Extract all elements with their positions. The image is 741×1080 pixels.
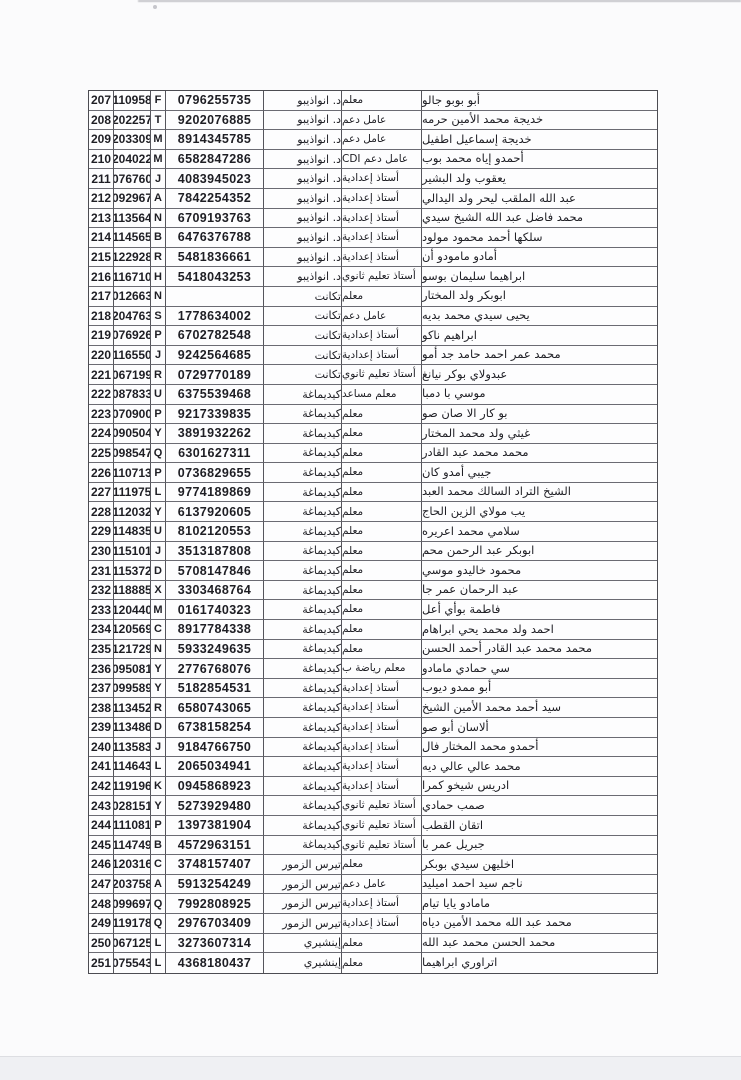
table-row: 232 118885 X 3303468764 كيديماغة معلم عب… <box>89 581 657 601</box>
table-row: 238 113452 R 6580743065 كيديماغة أستاذ إ… <box>89 698 657 718</box>
cell-serial-number: 237 <box>89 679 114 699</box>
cell-full-name: موسي با دمبا <box>422 385 657 405</box>
cell-phone-number: 9242564685 <box>166 346 264 366</box>
cell-phone-number: 4572963151 <box>166 836 264 856</box>
cell-letter-code: M <box>151 600 166 620</box>
cell-role: أستاذ إعدادية <box>342 679 422 699</box>
cell-role: أستاذ إعدادية <box>342 914 422 934</box>
cell-full-name: أبو بوبو جالو <box>422 91 657 111</box>
cell-letter-code: X <box>151 581 166 601</box>
cell-region: كيديماغة <box>264 444 342 464</box>
cell-role: أستاذ تعليم ثانوي <box>342 816 422 836</box>
cell-phone-number: 7842254352 <box>166 189 264 209</box>
cell-phone-number: 6709193763 <box>166 209 264 229</box>
cell-full-name: ابوبكر ولد المختار <box>422 287 657 307</box>
table-row: 211 076760 J 4083945023 د. انواذيبو أستا… <box>89 169 657 189</box>
cell-employee-id: 120569 <box>114 620 151 640</box>
cell-letter-code: P <box>151 405 166 425</box>
cell-serial-number: 249 <box>89 914 114 934</box>
cell-role: أستاذ تعليم ثانوي <box>342 267 422 287</box>
scan-speck-artifact <box>153 5 157 9</box>
cell-serial-number: 246 <box>89 855 114 875</box>
cell-letter-code: N <box>151 287 166 307</box>
cell-phone-number: 5913254249 <box>166 875 264 895</box>
cell-phone-number: 9217339835 <box>166 405 264 425</box>
cell-phone-number: 5418043253 <box>166 267 264 287</box>
cell-employee-id: 114643 <box>114 757 151 777</box>
cell-phone-number: 8102120553 <box>166 522 264 542</box>
table-row: 212 092967 A 7842254352 د. انواذيبو أستا… <box>89 189 657 209</box>
cell-role: أستاذ تعليم ثانوي <box>342 796 422 816</box>
cell-letter-code: J <box>151 738 166 758</box>
cell-role: أستاذ إعدادية <box>342 228 422 248</box>
cell-phone-number: 0729770189 <box>166 365 264 385</box>
cell-full-name: اخليهن سيدي بوبكر <box>422 855 657 875</box>
cell-letter-code: Y <box>151 502 166 522</box>
cell-serial-number: 244 <box>89 816 114 836</box>
table-row: 222 087833 U 6375539468 كيديماغة معلم مس… <box>89 385 657 405</box>
cell-phone-number: 8914345785 <box>166 130 264 150</box>
cell-letter-code: L <box>151 934 166 954</box>
cell-role: معلم <box>342 424 422 444</box>
cell-letter-code: K <box>151 777 166 797</box>
cell-region: كيديماغة <box>264 659 342 679</box>
cell-serial-number: 224 <box>89 424 114 444</box>
cell-role: معلم <box>342 542 422 562</box>
cell-role: أستاذ إعدادية <box>342 698 422 718</box>
cell-serial-number: 232 <box>89 581 114 601</box>
cell-letter-code: U <box>151 385 166 405</box>
cell-region: تكانت <box>264 326 342 346</box>
cell-letter-code: B <box>151 836 166 856</box>
cell-serial-number: 235 <box>89 640 114 660</box>
table-row: 226 110713 P 0736829655 كيديماغة معلم جي… <box>89 463 657 483</box>
cell-role: معلم <box>342 620 422 640</box>
cell-region: د. انواذيبو <box>264 111 342 131</box>
cell-serial-number: 231 <box>89 561 114 581</box>
cell-role: معلم <box>342 640 422 660</box>
cell-full-name: يعقوب ولد البشير <box>422 169 657 189</box>
cell-phone-number <box>166 287 264 307</box>
cell-letter-code: H <box>151 267 166 287</box>
cell-full-name: اتقان القطب <box>422 816 657 836</box>
cell-letter-code: L <box>151 483 166 503</box>
cell-full-name: فاطمة بوأي أعل <box>422 600 657 620</box>
cell-region: كيديماغة <box>264 463 342 483</box>
cell-role: أستاذ إعدادية <box>342 894 422 914</box>
cell-role: أستاذ إعدادية <box>342 169 422 189</box>
cell-phone-number: 2976703409 <box>166 914 264 934</box>
cell-letter-code: N <box>151 209 166 229</box>
cell-role: معلم <box>342 91 422 111</box>
cell-letter-code: N <box>151 640 166 660</box>
cell-employee-id: 116550 <box>114 346 151 366</box>
cell-role: أستاذ تعليم ثانوي <box>342 365 422 385</box>
cell-full-name: محمد عبد الله محمد الأمين دياه <box>422 914 657 934</box>
cell-full-name: سلكها أحمد محمود مولود <box>422 228 657 248</box>
cell-employee-id: 120440 <box>114 600 151 620</box>
table-row: 236 095081 Y 2776768076 كيديماغة معلم ري… <box>89 659 657 679</box>
cell-serial-number: 229 <box>89 522 114 542</box>
cell-employee-id: 204022 <box>114 150 151 170</box>
table-row: 248 099697 Q 7992808925 تيرس الزمور أستا… <box>89 894 657 914</box>
table-row: 213 113564 N 6709193763 د. انواذيبو أستا… <box>89 209 657 229</box>
cell-employee-id: 203758 <box>114 875 151 895</box>
cell-serial-number: 228 <box>89 502 114 522</box>
table-row: 217 012663 N تكانت معلم ابوبكر ولد المخت… <box>89 287 657 307</box>
cell-employee-id: 075543 <box>114 953 151 973</box>
cell-phone-number: 3273607314 <box>166 934 264 954</box>
cell-region: كيديماغة <box>264 796 342 816</box>
cell-serial-number: 238 <box>89 698 114 718</box>
cell-role: معلم <box>342 502 422 522</box>
cell-phone-number: 5273929480 <box>166 796 264 816</box>
cell-employee-id: 095081 <box>114 659 151 679</box>
table-row: 230 115101 J 3513187808 كيديماغة معلم اب… <box>89 542 657 562</box>
cell-serial-number: 247 <box>89 875 114 895</box>
cell-role: معلم <box>342 855 422 875</box>
cell-serial-number: 225 <box>89 444 114 464</box>
table-row: 244 111081 P 1397381904 كيديماغة أستاذ ت… <box>89 816 657 836</box>
cell-employee-id: 111975 <box>114 483 151 503</box>
cell-letter-code: R <box>151 365 166 385</box>
cell-region: د. انواذيبو <box>264 91 342 111</box>
cell-letter-code: J <box>151 346 166 366</box>
table-row: 224 090504 Y 3891932262 كيديماغة معلم غي… <box>89 424 657 444</box>
cell-region: كيديماغة <box>264 679 342 699</box>
cell-role: أستاذ إعدادية <box>342 209 422 229</box>
cell-phone-number: 3748157407 <box>166 855 264 875</box>
cell-full-name: أحمدو محمد المختار فال <box>422 738 657 758</box>
cell-region: كيديماغة <box>264 836 342 856</box>
table-row: 250 067125 L 3273607314 إينشيري معلم محم… <box>89 934 657 954</box>
cell-phone-number: 0736829655 <box>166 463 264 483</box>
table-row: 235 121729 N 5933249635 كيديماغة معلم مح… <box>89 640 657 660</box>
cell-serial-number: 219 <box>89 326 114 346</box>
cell-full-name: ابراهيما سليمان بوسو <box>422 267 657 287</box>
cell-letter-code: Y <box>151 796 166 816</box>
cell-region: تيرس الزمور <box>264 855 342 875</box>
cell-serial-number: 215 <box>89 248 114 268</box>
cell-employee-id: 114835 <box>114 522 151 542</box>
cell-role: معلم <box>342 600 422 620</box>
cell-region: كيديماغة <box>264 385 342 405</box>
cell-role: عامل دعم <box>342 307 422 327</box>
table-row: 249 119178 Q 2976703409 تيرس الزمور أستا… <box>89 914 657 934</box>
table-row: 221 067199 R 0729770189 تكانت أستاذ تعلي… <box>89 365 657 385</box>
cell-phone-number: 6702782548 <box>166 326 264 346</box>
cell-full-name: أمادو مامودو أن <box>422 248 657 268</box>
cell-serial-number: 213 <box>89 209 114 229</box>
cell-employee-id: 119196 <box>114 777 151 797</box>
cell-full-name: سي حمادي مامادو <box>422 659 657 679</box>
table-row: 218 204763 S 1778634002 تكانت عامل دعم ي… <box>89 307 657 327</box>
cell-role: أستاذ إعدادية <box>342 738 422 758</box>
cell-full-name: أبو ممدو ديوب <box>422 679 657 699</box>
cell-full-name: جبريل عمر با <box>422 836 657 856</box>
table-row: 229 114835 U 8102120553 كيديماغة معلم سل… <box>89 522 657 542</box>
table-row: 245 114749 B 4572963151 كيديماغة أستاذ ت… <box>89 836 657 856</box>
cell-letter-code: Q <box>151 914 166 934</box>
cell-phone-number: 9184766750 <box>166 738 264 758</box>
cell-region: كيديماغة <box>264 483 342 503</box>
cell-full-name: عبد الله الملقب ليحر ولد اليدالي <box>422 189 657 209</box>
cell-region: د. انواذيبو <box>264 267 342 287</box>
cell-region: كيديماغة <box>264 816 342 836</box>
cell-phone-number: 5182854531 <box>166 679 264 699</box>
cell-role: أستاذ إعدادية <box>342 777 422 797</box>
cell-employee-id: 087833 <box>114 385 151 405</box>
cell-full-name: محمد الحسن محمد عبد الله <box>422 934 657 954</box>
cell-full-name: ناجم سيد احمد اميليد <box>422 875 657 895</box>
cell-region: كيديماغة <box>264 522 342 542</box>
cell-letter-code: Q <box>151 894 166 914</box>
cell-phone-number: 6301627311 <box>166 444 264 464</box>
staff-roster-table: 207 110958 F 0796255735 د. انواذيبو معلم… <box>88 90 658 974</box>
cell-role: أستاذ تعليم ثانوي <box>342 836 422 856</box>
cell-serial-number: 216 <box>89 267 114 287</box>
table-row: 207 110958 F 0796255735 د. انواذيبو معلم… <box>89 91 657 111</box>
cell-letter-code: A <box>151 189 166 209</box>
cell-employee-id: 114565 <box>114 228 151 248</box>
table-row: 247 203758 A 5913254249 تيرس الزمور عامل… <box>89 875 657 895</box>
cell-full-name: عبدولاي بوكر نيانغ <box>422 365 657 385</box>
cell-letter-code: P <box>151 326 166 346</box>
table-row: 246 120316 C 3748157407 تيرس الزمور معلم… <box>89 855 657 875</box>
cell-letter-code: L <box>151 953 166 973</box>
cell-role: معلم <box>342 463 422 483</box>
cell-employee-id: 028151 <box>114 796 151 816</box>
cell-phone-number: 6582847286 <box>166 150 264 170</box>
cell-region: إينشيري <box>264 953 342 973</box>
cell-phone-number: 1778634002 <box>166 307 264 327</box>
table-row: 220 116550 J 9242564685 تكانت أستاذ إعدا… <box>89 346 657 366</box>
cell-role: معلم رياضة ب <box>342 659 422 679</box>
cell-employee-id: 113452 <box>114 698 151 718</box>
cell-full-name: سلامي محمد اعريره <box>422 522 657 542</box>
cell-region: كيديماغة <box>264 502 342 522</box>
cell-region: د. انواذيبو <box>264 150 342 170</box>
cell-serial-number: 240 <box>89 738 114 758</box>
table-row: 242 119196 K 0945868923 كيديماغة أستاذ إ… <box>89 777 657 797</box>
cell-phone-number: 1397381904 <box>166 816 264 836</box>
cell-letter-code: J <box>151 542 166 562</box>
cell-region: تيرس الزمور <box>264 894 342 914</box>
table-row: 216 116710 H 5418043253 د. انواذيبو أستا… <box>89 267 657 287</box>
cell-phone-number: 0796255735 <box>166 91 264 111</box>
table-row: 208 202257 T 9202076885 د. انواذيبو عامل… <box>89 111 657 131</box>
table-row: 234 120569 C 8917784338 كيديماغة معلم اح… <box>89 620 657 640</box>
cell-letter-code: Y <box>151 679 166 699</box>
cell-role: أستاذ إعدادية <box>342 189 422 209</box>
cell-employee-id: 121729 <box>114 640 151 660</box>
cell-serial-number: 210 <box>89 150 114 170</box>
table-row: 231 115372 D 5708147846 كيديماغة معلم مح… <box>89 561 657 581</box>
table-row: 239 113486 D 6738158254 كيديماغة أستاذ إ… <box>89 718 657 738</box>
cell-employee-id: 099697 <box>114 894 151 914</box>
cell-region: كيديماغة <box>264 405 342 425</box>
cell-full-name: خديجة محمد الأمين حرمه <box>422 111 657 131</box>
cell-phone-number: 9774189869 <box>166 483 264 503</box>
cell-full-name: محمد عمر احمد حامد جد أمو <box>422 346 657 366</box>
cell-employee-id: 111081 <box>114 816 151 836</box>
cell-region: تكانت <box>264 346 342 366</box>
cell-role: معلم <box>342 522 422 542</box>
cell-region: كيديماغة <box>264 581 342 601</box>
cell-phone-number: 0161740323 <box>166 600 264 620</box>
cell-region: إينشيري <box>264 934 342 954</box>
cell-serial-number: 218 <box>89 307 114 327</box>
table-row: 225 098547 Q 6301627311 كيديماغة معلم مح… <box>89 444 657 464</box>
cell-employee-id: 116710 <box>114 267 151 287</box>
cell-phone-number: 3891932262 <box>166 424 264 444</box>
cell-role: عامل دعم <box>342 111 422 131</box>
cell-full-name: يحيى سيدي محمد بديه <box>422 307 657 327</box>
cell-full-name: محمد عالي عالي ديه <box>422 757 657 777</box>
cell-region: كيديماغة <box>264 640 342 660</box>
cell-letter-code: L <box>151 757 166 777</box>
cell-role: أستاذ إعدادية <box>342 757 422 777</box>
cell-role: أستاذ إعدادية <box>342 346 422 366</box>
cell-letter-code: Y <box>151 659 166 679</box>
cell-letter-code: S <box>151 307 166 327</box>
cell-employee-id: 067125 <box>114 934 151 954</box>
cell-serial-number: 245 <box>89 836 114 856</box>
cell-full-name: غيثي ولد محمد المختار <box>422 424 657 444</box>
cell-serial-number: 234 <box>89 620 114 640</box>
cell-phone-number: 3513187808 <box>166 542 264 562</box>
cell-full-name: ادريس شيخو كمرا <box>422 777 657 797</box>
table-row: 219 076926 P 6702782548 تكانت أستاذ إعدا… <box>89 326 657 346</box>
cell-letter-code: A <box>151 875 166 895</box>
cell-serial-number: 226 <box>89 463 114 483</box>
cell-role: معلم <box>342 444 422 464</box>
cell-role: معلم <box>342 483 422 503</box>
cell-employee-id: 067199 <box>114 365 151 385</box>
cell-full-name: صمب حمادي <box>422 796 657 816</box>
cell-employee-id: 113564 <box>114 209 151 229</box>
cell-letter-code: R <box>151 698 166 718</box>
cell-role: معلم <box>342 561 422 581</box>
cell-serial-number: 241 <box>89 757 114 777</box>
cell-full-name: سيد أحمد محمد الأمين الشيخ <box>422 698 657 718</box>
cell-letter-code: P <box>151 463 166 483</box>
cell-letter-code: R <box>151 248 166 268</box>
table-row: 210 204022 M 6582847286 د. انواذيبو عامل… <box>89 150 657 170</box>
cell-employee-id: 204763 <box>114 307 151 327</box>
cell-letter-code: B <box>151 228 166 248</box>
cell-serial-number: 236 <box>89 659 114 679</box>
cell-phone-number: 6476376788 <box>166 228 264 248</box>
cell-full-name: محمد محمد عبد القادر أحمد الحسن <box>422 640 657 660</box>
cell-role: عامل دعم <box>342 875 422 895</box>
cell-serial-number: 211 <box>89 169 114 189</box>
cell-serial-number: 212 <box>89 189 114 209</box>
cell-serial-number: 250 <box>89 934 114 954</box>
cell-role: عامل دعم <box>342 130 422 150</box>
cell-role: معلم <box>342 934 422 954</box>
cell-employee-id: 203309 <box>114 130 151 150</box>
cell-serial-number: 227 <box>89 483 114 503</box>
cell-region: كيديماغة <box>264 600 342 620</box>
table-row: 228 112032 Y 6137920605 كيديماغة معلم يب… <box>89 502 657 522</box>
cell-employee-id: 076926 <box>114 326 151 346</box>
cell-region: د. انواذيبو <box>264 248 342 268</box>
cell-region: كيديماغة <box>264 738 342 758</box>
cell-employee-id: 113486 <box>114 718 151 738</box>
cell-employee-id: 115372 <box>114 561 151 581</box>
cell-region: كيديماغة <box>264 718 342 738</box>
cell-serial-number: 242 <box>89 777 114 797</box>
cell-letter-code: Q <box>151 444 166 464</box>
cell-serial-number: 208 <box>89 111 114 131</box>
cell-phone-number: 0945868923 <box>166 777 264 797</box>
cell-region: كيديماغة <box>264 698 342 718</box>
cell-letter-code: P <box>151 816 166 836</box>
table-row: 251 075543 L 4368180437 إينشيري معلم اتر… <box>89 953 657 973</box>
cell-letter-code: F <box>151 91 166 111</box>
cell-serial-number: 239 <box>89 718 114 738</box>
cell-letter-code: C <box>151 620 166 640</box>
table-row: 227 111975 L 9774189869 كيديماغة معلم ال… <box>89 483 657 503</box>
cell-letter-code: J <box>151 169 166 189</box>
cell-role: معلم <box>342 405 422 425</box>
cell-phone-number: 6375539468 <box>166 385 264 405</box>
cell-employee-id: 122928 <box>114 248 151 268</box>
cell-region: د. انواذيبو <box>264 228 342 248</box>
cell-region: تيرس الزمور <box>264 914 342 934</box>
cell-full-name: احمد ولد محمد يحي ابراهام <box>422 620 657 640</box>
cell-region: كيديماغة <box>264 561 342 581</box>
cell-serial-number: 223 <box>89 405 114 425</box>
cell-employee-id: 098547 <box>114 444 151 464</box>
cell-employee-id: 110713 <box>114 463 151 483</box>
cell-employee-id: 115101 <box>114 542 151 562</box>
cell-phone-number: 4368180437 <box>166 953 264 973</box>
table-row: 233 120440 M 0161740323 كيديماغة معلم فا… <box>89 600 657 620</box>
cell-employee-id: 090504 <box>114 424 151 444</box>
cell-role: معلم <box>342 581 422 601</box>
cell-letter-code: C <box>151 855 166 875</box>
cell-employee-id: 112032 <box>114 502 151 522</box>
cell-region: كيديماغة <box>264 757 342 777</box>
cell-region: د. انواذيبو <box>264 169 342 189</box>
cell-serial-number: 221 <box>89 365 114 385</box>
cell-employee-id: 113583 <box>114 738 151 758</box>
scan-bottom-edge <box>0 1056 741 1080</box>
cell-phone-number: 3303468764 <box>166 581 264 601</box>
table-row: 209 203309 M 8914345785 د. انواذيبو عامل… <box>89 130 657 150</box>
table-row: 240 113583 J 9184766750 كيديماغة أستاذ إ… <box>89 738 657 758</box>
cell-full-name: محمد محمد عبد القادر <box>422 444 657 464</box>
cell-role: معلم مساعد <box>342 385 422 405</box>
table-row: 241 114643 L 2065034941 كيديماغة أستاذ إ… <box>89 757 657 777</box>
cell-role: أستاذ إعدادية <box>342 326 422 346</box>
cell-full-name: ابوبكر عبد الرحمن محم <box>422 542 657 562</box>
cell-employee-id: 120316 <box>114 855 151 875</box>
cell-serial-number: 207 <box>89 91 114 111</box>
table-row: 214 114565 B 6476376788 د. انواذيبو أستا… <box>89 228 657 248</box>
cell-phone-number: 5481836661 <box>166 248 264 268</box>
cell-employee-id: 070900 <box>114 405 151 425</box>
cell-employee-id: 099589 <box>114 679 151 699</box>
cell-letter-code: D <box>151 718 166 738</box>
cell-full-name: محمود خاليدو موسي <box>422 561 657 581</box>
cell-letter-code: T <box>151 111 166 131</box>
cell-phone-number: 2065034941 <box>166 757 264 777</box>
cell-role: معلم <box>342 953 422 973</box>
cell-employee-id: 012663 <box>114 287 151 307</box>
